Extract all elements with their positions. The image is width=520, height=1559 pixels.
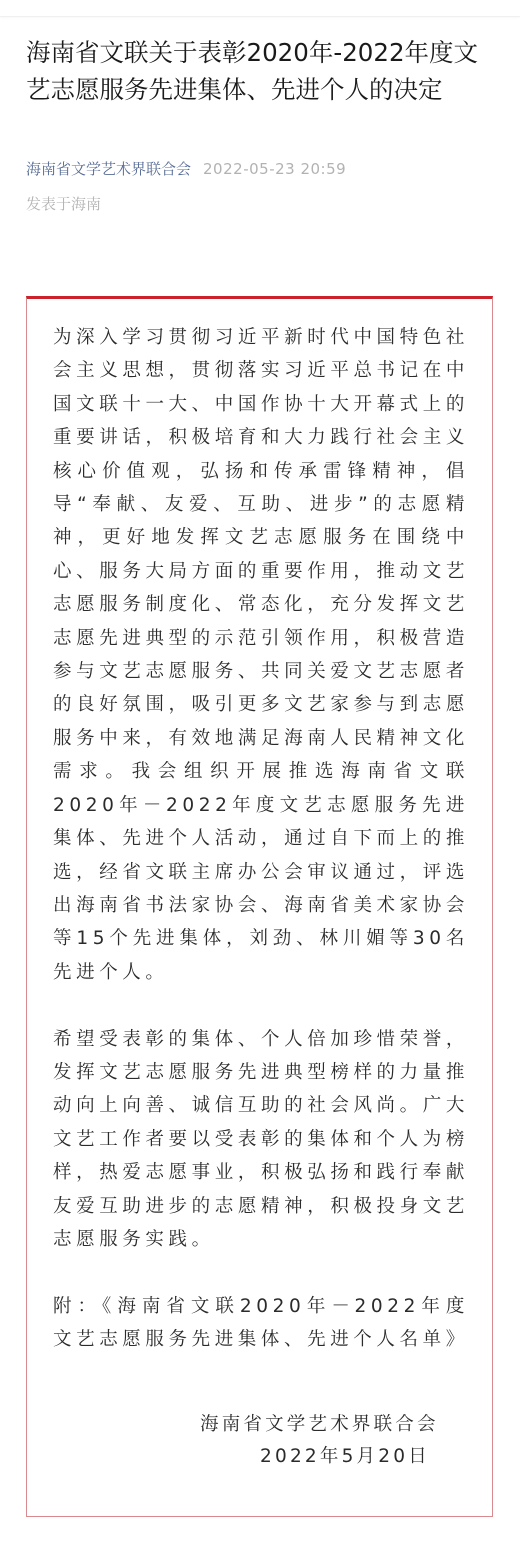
article-title: 海南省文联关于表彰2020年-2022年度文艺志愿服务先进集体、先进个人的决定	[26, 34, 496, 108]
article-meta: 海南省文学艺术界联合会2022-05-23 20:59	[26, 158, 346, 180]
signature-organization: 海南省文学艺术界联合会	[200, 1409, 460, 1441]
top-divider	[0, 0, 520, 17]
paragraph-main: 为深入学习贯彻习近平新时代中国特色社会主义思想，贯彻落实习近平总书记在中国文联十…	[53, 321, 469, 989]
publish-location: 发表于海南	[26, 193, 101, 215]
document-body: 为深入学习贯彻习近平新时代中国特色社会主义思想，贯彻落实习近平总书记在中国文联十…	[53, 321, 469, 1390]
paragraph-attachment: 附：《海南省文联2020年－2022年度文艺志愿服务先进集体、先进个人名单》	[53, 1290, 469, 1357]
paragraph-hope: 希望受表彰的集体、个人倍加珍惜荣誉，发挥文艺志愿服务先进典型榜样的力量推动向上向…	[53, 1023, 469, 1257]
signature-date: 2022年5月20日	[200, 1441, 460, 1473]
author-link[interactable]: 海南省文学艺术界联合会	[26, 160, 191, 178]
signature-block: 海南省文学艺术界联合会 2022年5月20日	[200, 1409, 460, 1473]
publish-time: 2022-05-23 20:59	[203, 160, 346, 178]
